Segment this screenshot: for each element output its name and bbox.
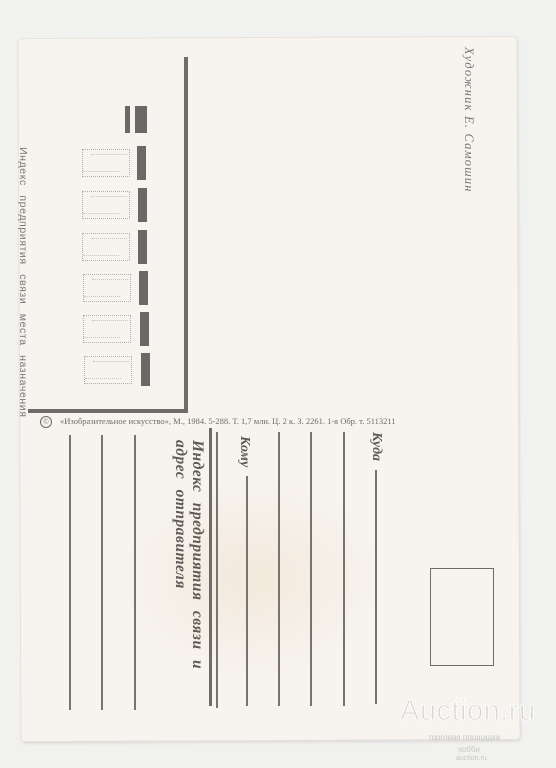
sender-address-line[interactable] [69,435,71,710]
address-divider [209,428,212,706]
artist-credit: Художник Е. Самошин [461,47,476,193]
watermark-line3: хобби [458,745,480,754]
recipient-address-line[interactable] [310,432,312,706]
copyright-icon: © [40,416,52,428]
index-frame-horizontal [28,409,188,413]
index-digit-box-1[interactable] [82,149,130,177]
index-digit-dash [139,271,148,305]
index-digit-box-2[interactable] [82,191,130,219]
watermark-subtitle: торговая площадка [428,733,500,742]
watermark-brand: Auction.ru [400,695,536,728]
publisher-imprint: ©«Изобразительное искусство», М., 1984. … [40,416,396,428]
where-line[interactable] [375,470,377,704]
imprint-text: «Изобразительное искусство», М., 1984. 5… [60,416,396,426]
index-digit-dash [141,353,150,386]
index-digit-dash [138,188,147,222]
index-digit-dash [138,230,147,264]
index-digit-dash [140,312,149,346]
recipient-address-line[interactable] [343,432,345,706]
index-frame-vertical [184,57,188,413]
index-digit-box-3[interactable] [82,233,130,261]
recipient-address-line[interactable] [216,432,218,708]
index-digit-box-4[interactable] [83,274,131,302]
stamp-box [430,568,494,666]
where-label: Куда [368,432,384,461]
recipient-address-line[interactable] [278,432,280,706]
postal-index-label: Индекс предприятия связи места назначени… [17,147,29,418]
index-digit-box-6[interactable] [84,356,132,384]
sender-label-line2: адрес отправителя [172,440,189,589]
index-digit-dash [137,146,146,180]
index-marker-dash [135,106,147,133]
sender-label: Индекс предприятия связи и адрес отправи… [172,440,206,669]
watermark-line4: auction.ru [456,755,487,762]
index-digit-box-5[interactable] [83,315,131,343]
sender-label-line1: Индекс предприятия связи и [189,440,206,669]
to-label: Кому [236,436,252,467]
sender-address-line[interactable] [101,435,103,710]
to-line[interactable] [246,476,248,706]
sender-address-line[interactable] [134,435,136,710]
index-marker-dash [125,106,130,133]
